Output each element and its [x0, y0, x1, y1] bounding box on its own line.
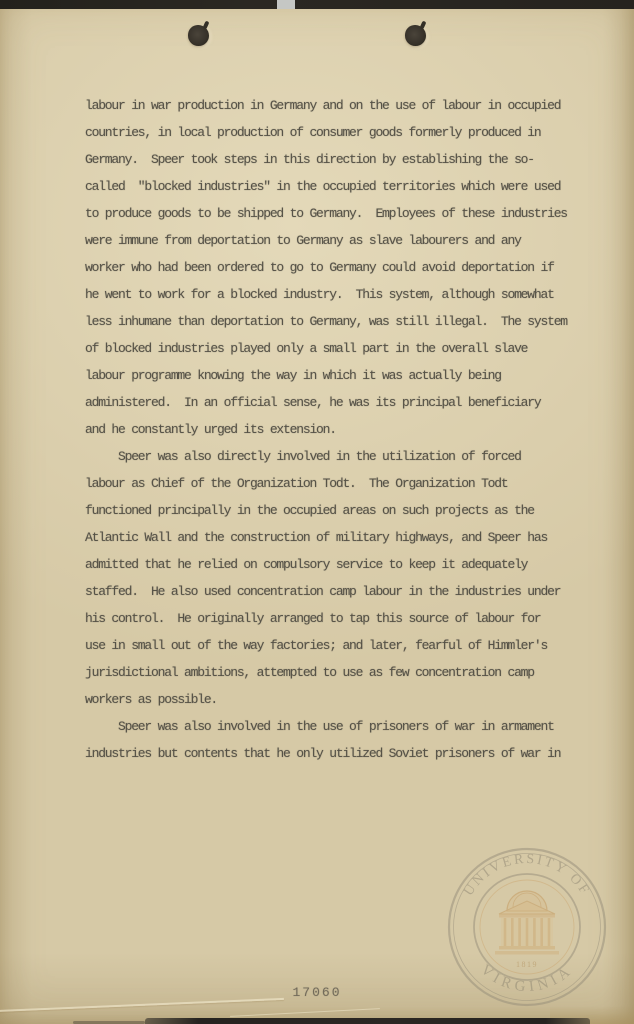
text-line: labour programme knowing the way in whic… — [85, 362, 590, 389]
page-number: 17060 — [0, 985, 634, 1000]
text-line: labour as Chief of the Organization Todt… — [85, 470, 590, 497]
text-line: to produce goods to be shipped to German… — [85, 200, 590, 227]
typewritten-text: labour in war production in Germany and … — [85, 92, 590, 767]
text-line: staffed. He also used concentration camp… — [85, 578, 590, 605]
text-line: admitted that he relied on compulsory se… — [85, 551, 590, 578]
hole-punch-right — [405, 25, 426, 46]
text-line: labour in war production in Germany and … — [85, 92, 590, 119]
text-line: he went to work for a blocked industry. … — [85, 281, 590, 308]
text-line: functioned principally in the occupied a… — [85, 497, 590, 524]
text-line: his control. He originally arranged to t… — [85, 605, 590, 632]
university-of-virginia-watermark: UNIVERSITY OF VIRGINIA — [447, 847, 607, 1007]
text-line: jurisdictional ambitions, attempted to u… — [85, 659, 590, 686]
text-line: workers as possible. — [85, 686, 590, 713]
seal-year: 1819 — [516, 960, 538, 969]
text-line: countries, in local production of consum… — [85, 119, 590, 146]
text-line: Speer was also directly involved in the … — [85, 443, 590, 470]
text-line: administered. In an official sense, he w… — [85, 389, 590, 416]
text-line: and he constantly urged its extension. — [85, 416, 590, 443]
text-line: worker who had been ordered to go to Ger… — [85, 254, 590, 281]
scan-edge-notch — [277, 0, 295, 9]
text-line: use in small out of the way factories; a… — [85, 632, 590, 659]
text-line: Atlantic Wall and the construction of mi… — [85, 524, 590, 551]
text-line: less inhumane than deportation to German… — [85, 308, 590, 335]
paper-crease-small — [230, 1008, 380, 1017]
text-line: were immune from deportation to Germany … — [85, 227, 590, 254]
text-line: Speer was also involved in the use of pr… — [85, 713, 590, 740]
scan-edge-bottom — [145, 1018, 590, 1024]
text-line: called "blocked industries" in the occup… — [85, 173, 590, 200]
text-line: of blocked industries played only a smal… — [85, 335, 590, 362]
text-line: Germany. Speer took steps in this direct… — [85, 146, 590, 173]
hole-punch-left — [188, 25, 209, 46]
scan-edge-top — [0, 0, 634, 9]
rotunda-icon — [495, 891, 559, 955]
text-line: industries but contents that he only uti… — [85, 740, 590, 767]
scanned-document-page: labour in war production in Germany and … — [0, 0, 634, 1024]
